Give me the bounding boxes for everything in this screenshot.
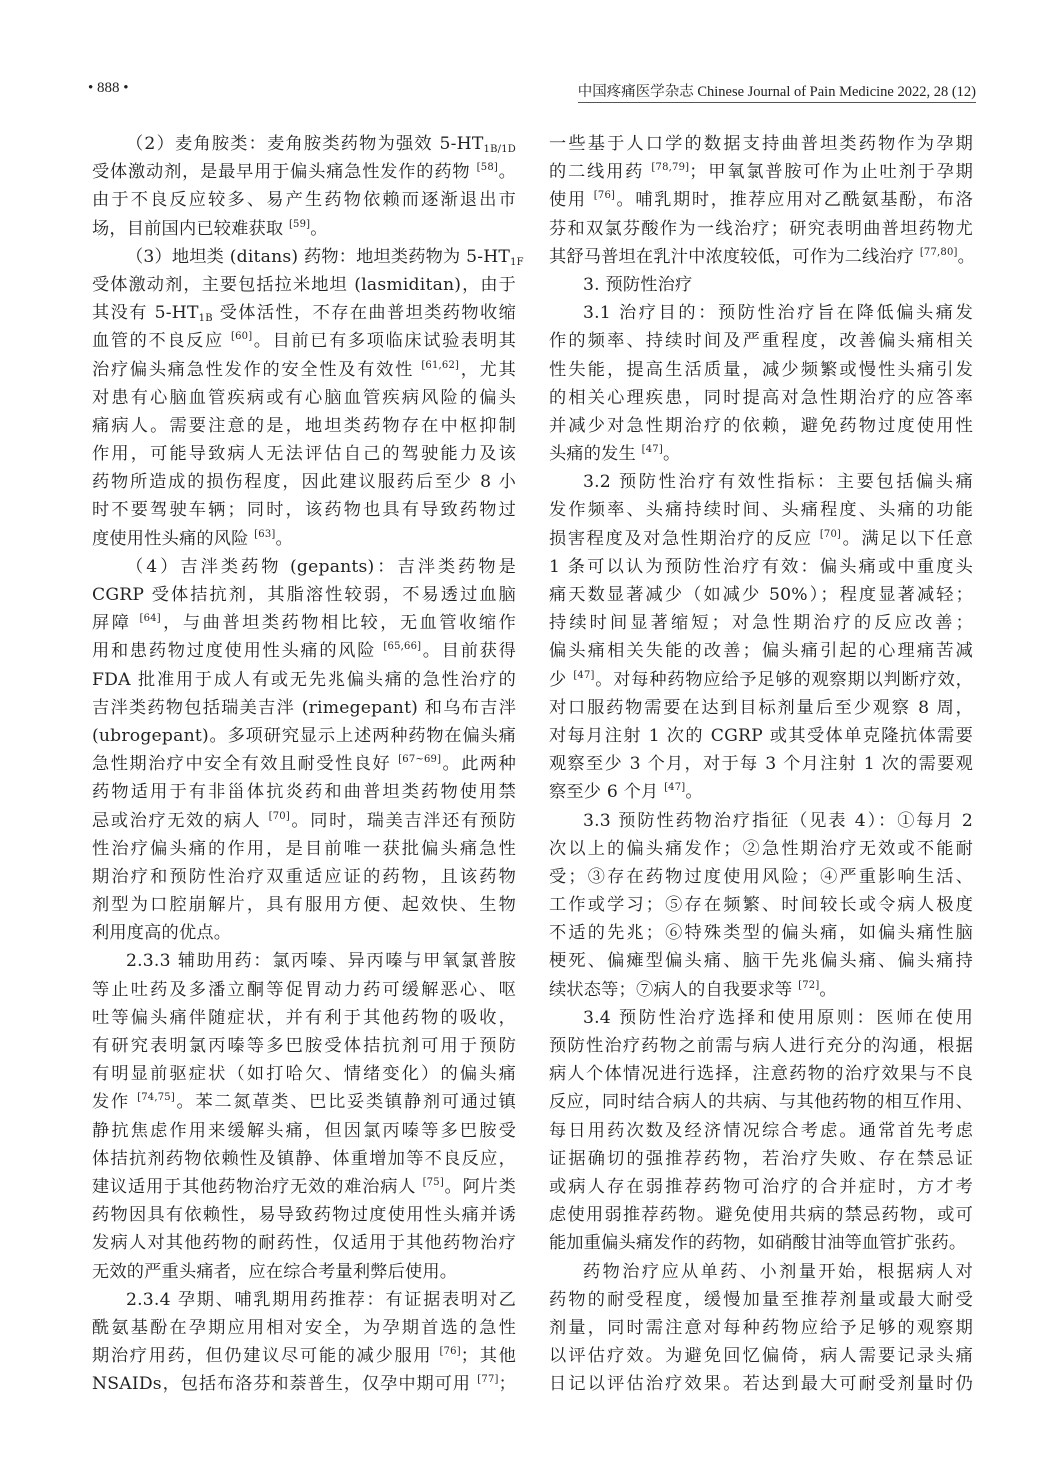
text-line: 3.3 预防性药物治疗指征（见表 4）：①每月 2 xyxy=(549,807,973,835)
text-line: (ubrogepant)。多项研究显示上述两种药物在偏头痛 xyxy=(92,722,516,750)
text-line: NSAIDs，包括布洛芬和萘普生，仅孕中期可用 [77]； xyxy=(92,1370,516,1398)
text-line: （4）吉泮类药物 (gepants)：吉泮类药物是 xyxy=(92,553,516,581)
text-line: 由于不良反应较多、易产生药物依赖而逐渐退出市 xyxy=(92,186,516,214)
text-line: 预防性治疗药物之前需与病人进行充分的沟通，根据 xyxy=(549,1032,973,1060)
citation-ref[interactable]: [76] xyxy=(439,1346,460,1357)
text-line: 度使用性头痛的风险 [63]。 xyxy=(92,525,516,553)
text-line: 3.2 预防性治疗有效性指标：主要包括偏头痛 xyxy=(549,468,973,496)
text-line: 虑使用弱推荐药物。避免使用共病的禁忌药物，或可 xyxy=(549,1201,973,1229)
text-line: CGRP 受体拮抗剂，其脂溶性较弱，不易透过血脑 xyxy=(92,581,516,609)
citation-ref[interactable]: [77] xyxy=(477,1374,498,1385)
text-line: （2）麦角胺类：麦角胺类药物为强效 5-HT1B/1D xyxy=(92,130,516,158)
right-column: 一些基于人口学的数据支持曲普坦类药物作为孕期的二线用药 [78,79]；甲氧氯普… xyxy=(549,130,973,1398)
text-line: 每日用药次数及经济情况综合考虑。通常首先考虑 xyxy=(549,1117,973,1145)
text-line: 有研究表明氯丙嗪等多巴胺受体拮抗剂可用于预防 xyxy=(92,1032,516,1060)
text-line: 期治疗和预防性治疗双重适应证的药物，且该药物 xyxy=(92,863,516,891)
text-line: 2.3.4 孕期、哺乳期用药推荐：有证据表明对乙 xyxy=(92,1286,516,1314)
text-line: 头痛的发生 [47]。 xyxy=(549,440,973,468)
text-line: 次以上的偏头痛发作；②急性期治疗无效或不能耐 xyxy=(549,835,973,863)
left-column: （2）麦角胺类：麦角胺类药物为强效 5-HT1B/1D受体激动剂，是最早用于偏头… xyxy=(92,130,516,1398)
text-line: 剂量，同时需注意对每种药物应给予足够的观察期 xyxy=(549,1314,973,1342)
text-line: 用和患药物过度使用性头痛的风险 [65,66]。目前获得 xyxy=(92,637,516,665)
text-line: 偏头痛相关失能的改善；偏头痛引起的心理痛苦减 xyxy=(549,637,973,665)
text-line: 建议适用于其他药物治疗无效的难治病人 [75]。阿片类 xyxy=(92,1173,516,1201)
text-line: 1 条可以认为预防性治疗有效：偏头痛或中重度头 xyxy=(549,553,973,581)
text-line: 期治疗用药，但仍建议尽可能的减少服用 [76]；其他 xyxy=(92,1342,516,1370)
text-line: 一些基于人口学的数据支持曲普坦类药物作为孕期 xyxy=(549,130,973,158)
text-line: 其舒马普坦在乳汁中浓度较低，可作为二线治疗 [77,80]。 xyxy=(549,243,973,271)
citation-ref[interactable]: [78,79] xyxy=(651,162,689,173)
text-line: 血管的不良反应 [60]。目前已有多项临床试验表明其 xyxy=(92,327,516,355)
page-number: • 888 • xyxy=(88,80,129,97)
text-line: 忌或治疗无效的病人 [70]。同时，瑞美吉泮还有预防 xyxy=(92,807,516,835)
text-line: 使用 [76]。哺乳期时，推荐应用对乙酰氨基酚，布洛 xyxy=(549,186,973,214)
subscript: 1F xyxy=(510,257,524,268)
text-line: 剂型为口腔崩解片，具有服用方便、起效快、生物 xyxy=(92,891,516,919)
running-header: • 888 • 中国疼痛医学杂志 Chinese Journal of Pain… xyxy=(88,80,976,106)
citation-ref[interactable]: [59] xyxy=(289,219,310,230)
text-line: 静抗焦虑作用来缓解头痛，但因氯丙嗪等多巴胺受 xyxy=(92,1117,516,1145)
text-line: 痛天数显著减少（如减少 50%）；程度显著减轻； xyxy=(549,581,973,609)
text-line: 吉泮类药物包括瑞美吉泮 (rimegepant) 和乌布吉泮 xyxy=(92,694,516,722)
citation-ref[interactable]: [60] xyxy=(231,331,252,342)
citation-ref[interactable]: [75] xyxy=(423,1177,444,1188)
text-line: FDA 批准用于成人有或无先兆偏头痛的急性治疗的 xyxy=(92,666,516,694)
text-line: 作的频率、持续时间及严重程度，改善偏头痛相关 xyxy=(549,327,973,355)
text-line: 以评估疗效。为避免回忆偏倚，病人需要记录头痛 xyxy=(549,1342,973,1370)
text-line: 场，目前国内已较难获取 [59]。 xyxy=(92,215,516,243)
text-line: 药物治疗应从单药、小剂量开始，根据病人对 xyxy=(549,1258,973,1286)
citation-ref[interactable]: [47] xyxy=(573,670,594,681)
text-line: 工作或学习；⑤存在频繁、时间较长或令病人极度 xyxy=(549,891,973,919)
text-line: 屏障 [64]，与曲普坦类药物相比较，无血管收缩作 xyxy=(92,609,516,637)
text-line: 芬和双氯芬酸作为一线治疗；研究表明曲普坦药物尤 xyxy=(549,215,973,243)
citation-ref[interactable]: [47] xyxy=(664,782,685,793)
text-line: 3.1 治疗目的：预防性治疗旨在降低偏头痛发 xyxy=(549,299,973,327)
text-line: 利用度高的优点。 xyxy=(92,919,516,947)
citation-ref[interactable]: [64] xyxy=(139,613,160,624)
text-line: 的二线用药 [78,79]；甲氧氯普胺可作为止吐剂于孕期 xyxy=(549,158,973,186)
text-line: 反应，同时结合病人的共病、与其他药物的相互作用、 xyxy=(549,1088,973,1116)
text-line: 并减少对急性期治疗的依赖，避免药物过度使用性 xyxy=(549,412,973,440)
text-line: 证据确切的强推荐药物，若治疗失败、存在禁忌证 xyxy=(549,1145,973,1173)
text-line: 时不要驾驶车辆；同时，该药物也具有导致药物过 xyxy=(92,496,516,524)
text-line: 急性期治疗中安全有效且耐受性良好 [67~69]。此两种 xyxy=(92,750,516,778)
text-line: 性治疗偏头痛的作用，是目前唯一获批偏头痛急性 xyxy=(92,835,516,863)
text-line: 痛病人。需要注意的是，地坦类药物存在中枢抑制 xyxy=(92,412,516,440)
text-line: 对口服药物需要在达到目标剂量后至少观察 8 周， xyxy=(549,694,973,722)
text-line: 受体激动剂，是最早用于偏头痛急性发作的药物 [58]。 xyxy=(92,158,516,186)
text-line: 等止吐药及多潘立酮等促胃动力药可缓解恶心、呕 xyxy=(92,976,516,1004)
text-line: 吐等偏头痛伴随症状，并有利于其他药物的吸收， xyxy=(92,1004,516,1032)
citation-ref[interactable]: [67~69] xyxy=(398,754,441,765)
text-line: 有明显前驱症状（如打哈欠、情绪变化）的偏头痛 xyxy=(92,1060,516,1088)
text-line: 3. 预防性治疗 xyxy=(549,271,973,299)
text-line: 药物适用于有非甾体抗炎药和曲普坦类药物使用禁 xyxy=(92,778,516,806)
text-line: 受体激动剂，主要包括拉米地坦 (lasmiditan)，由于 xyxy=(92,271,516,299)
text-line: 发作 [74,75]。苯二氮䓬类、巴比妥类镇静剂可通过镇 xyxy=(92,1088,516,1116)
text-line: 续状态等；⑦病人的自我要求等 [72]。 xyxy=(549,976,973,1004)
text-line: 体拮抗剂药物依赖性及镇静、体重增加等不良反应， xyxy=(92,1145,516,1173)
text-line: 对每月注射 1 次的 CGRP 或其受体单克隆抗体需要 xyxy=(549,722,973,750)
citation-ref[interactable]: [74,75] xyxy=(137,1092,175,1103)
text-line: 受；③存在药物过度使用风险；④严重影响生活、 xyxy=(549,863,973,891)
text-line: 酰氨基酚在孕期应用相对安全，为孕期首选的急性 xyxy=(92,1314,516,1342)
citation-ref[interactable]: [58] xyxy=(477,162,498,173)
text-line: 少 [47]。对每种药物应给予足够的观察期以判断疗效， xyxy=(549,666,973,694)
text-line: 察至少 6 个月 [47]。 xyxy=(549,778,973,806)
text-line: 或病人存在弱推荐药物可治疗的合并症时，方才考 xyxy=(549,1173,973,1201)
text-line: 梗死、偏瘫型偏头痛、脑干先兆偏头痛、偏头痛持 xyxy=(549,947,973,975)
citation-ref[interactable]: [63] xyxy=(254,529,275,540)
text-line: 无效的严重头痛者，应在综合考量利弊后使用。 xyxy=(92,1258,516,1286)
citation-ref[interactable]: [65,66] xyxy=(383,641,421,652)
text-line: 性失能，提高生活质量，减少频繁或慢性头痛引发 xyxy=(549,356,973,384)
citation-ref[interactable]: [61,62] xyxy=(421,360,459,371)
citation-ref[interactable]: [47] xyxy=(642,444,663,455)
text-line: 发病人对其他药物的耐药性，仅适用于其他药物治疗 xyxy=(92,1229,516,1257)
journal-citation: 中国疼痛医学杂志 Chinese Journal of Pain Medicin… xyxy=(578,80,976,103)
subscript: 1B/1D xyxy=(484,144,516,155)
text-line: 发作频率、头痛持续时间、头痛程度、头痛的功能 xyxy=(549,496,973,524)
text-line: 的相关心理疾患，同时提高对急性期治疗的应答率 xyxy=(549,384,973,412)
text-line: 3.4 预防性治疗选择和使用原则：医师在使用 xyxy=(549,1004,973,1032)
citation-ref[interactable]: [70] xyxy=(269,811,290,822)
citation-ref[interactable]: [72] xyxy=(798,980,819,991)
text-line: 其没有 5-HT1B 受体活性，不存在曲普坦类药物收缩 xyxy=(92,299,516,327)
text-line: 治疗偏头痛急性发作的安全性及有效性 [61,62]，尤其 xyxy=(92,356,516,384)
text-line: 作用，可能导致病人无法评估自己的驾驶能力及该 xyxy=(92,440,516,468)
text-line: （3）地坦类 (ditans) 药物：地坦类药物为 5-HT1F xyxy=(92,243,516,271)
text-line: 日记以评估治疗效果。若达到最大可耐受剂量时仍 xyxy=(549,1370,973,1398)
text-line: 2.3.3 辅助用药：氯丙嗪、异丙嗪与甲氧氯普胺 xyxy=(92,947,516,975)
text-line: 对患有心脑血管疾病或有心脑血管疾病风险的偏头 xyxy=(92,384,516,412)
text-line: 能加重偏头痛发作的药物，如硝酸甘油等血管扩张药。 xyxy=(549,1229,973,1257)
text-line: 药物所造成的损伤程度，因此建议服药后至少 8 小 xyxy=(92,468,516,496)
text-line: 损害程度及对急性期治疗的反应 [70]。满足以下任意 xyxy=(549,525,973,553)
citation-ref[interactable]: [70] xyxy=(820,529,841,540)
text-line: 药物的耐受程度，缓慢加量至推荐剂量或最大耐受 xyxy=(549,1286,973,1314)
citation-ref[interactable]: [77,80] xyxy=(920,247,958,258)
text-line: 药物因具有依赖性，易导致药物过度使用性头痛并诱 xyxy=(92,1201,516,1229)
text-line: 观察至少 3 个月，对于每 3 个月注射 1 次的需要观 xyxy=(549,750,973,778)
text-line: 持续时间显著缩短；对急性期治疗的反应改善； xyxy=(549,609,973,637)
subscript: 1B xyxy=(199,313,213,324)
text-line: 病人个体情况进行选择，注意药物的治疗效果与不良 xyxy=(549,1060,973,1088)
text-line: 不适的先兆；⑥特殊类型的偏头痛，如偏头痛性脑 xyxy=(549,919,973,947)
citation-ref[interactable]: [76] xyxy=(594,190,615,201)
